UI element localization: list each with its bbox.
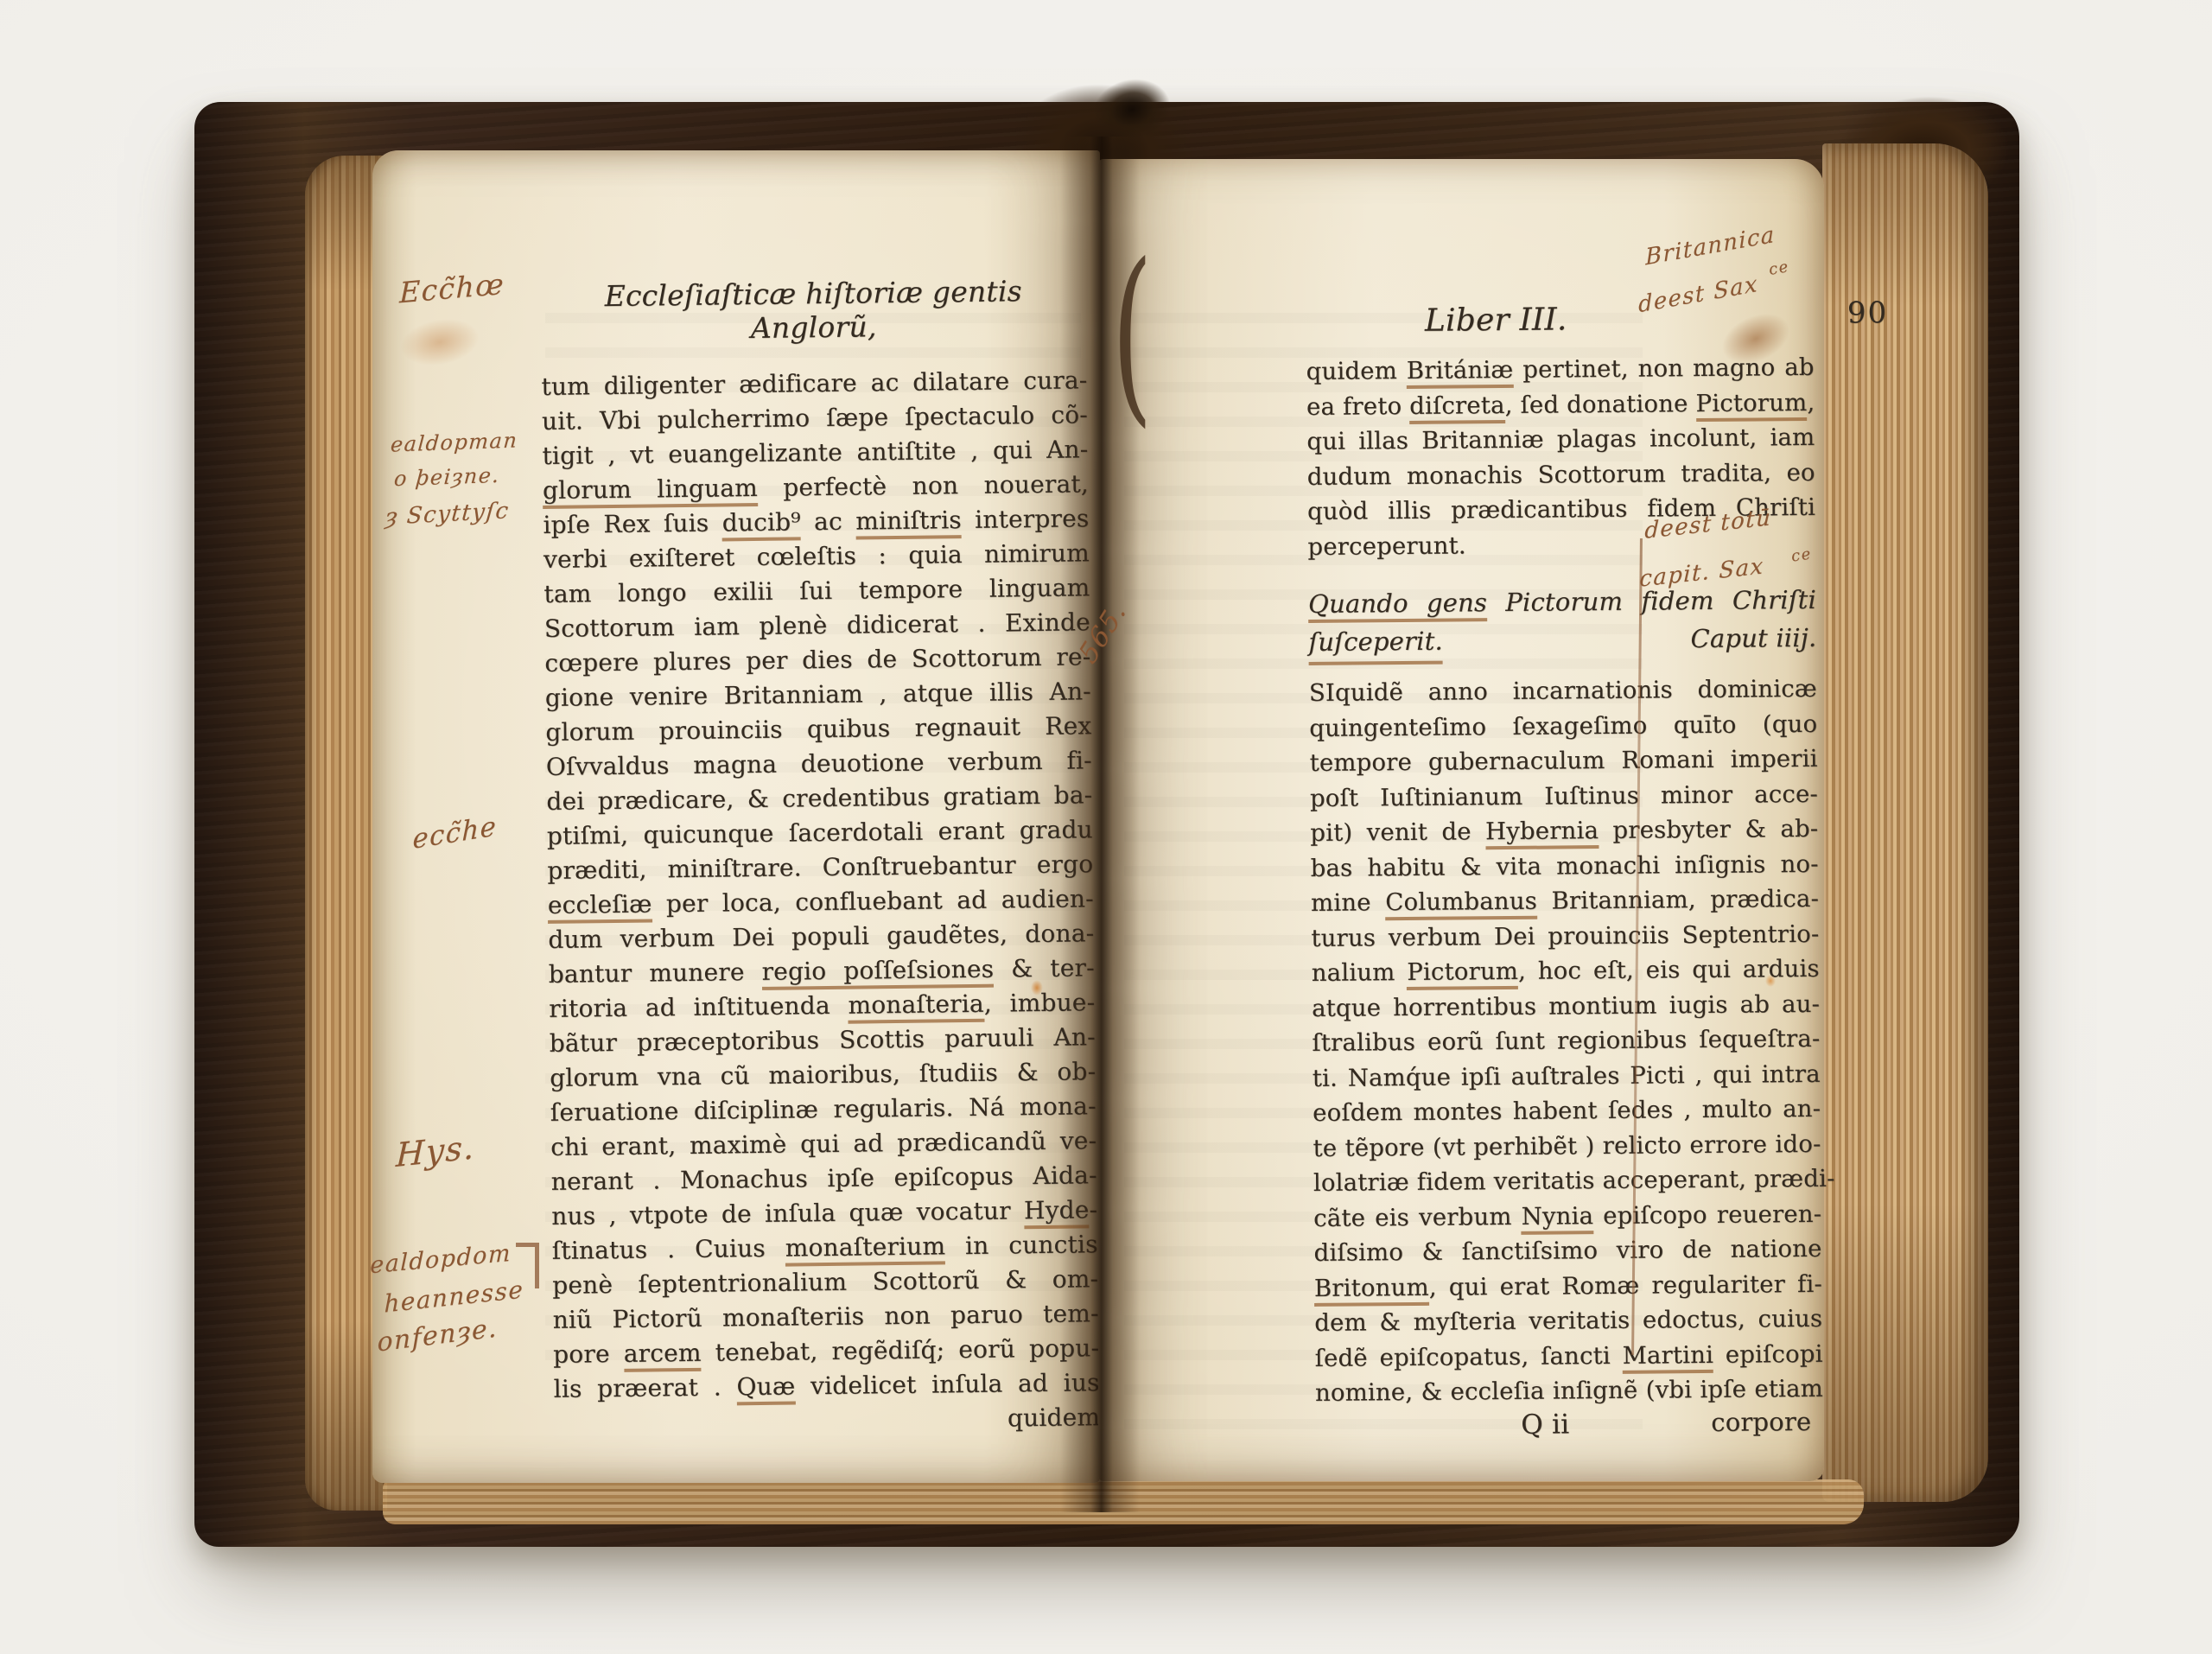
annotation-ealdopman: ealdopman: [390, 428, 518, 456]
book: Eccleſiaſticæ hiſtoriæ gentis Anglorũ, t…: [194, 102, 2019, 1547]
chapter-heading: Quando gens Pictorum fidem Chriſti ſuſce…: [1308, 581, 1817, 665]
body-text-right-lower: SIquidẽ anno incarnationis dominicæquing…: [1309, 671, 1823, 1411]
photo-backdrop: Eccleſiaſticæ hiſtoriæ gentis Anglorũ, t…: [0, 0, 2212, 1654]
catchword-right: corpore: [1711, 1406, 1811, 1436]
signature-row: Q ii corpore: [1315, 1406, 1823, 1448]
body-text-left: tum diligenter ædificare ac dilatare cur…: [541, 363, 1100, 1441]
annotation-o-theigne: o þeiȝne.: [393, 463, 501, 491]
chapter-heading-line2: ſuſceperit. Caput iiij.: [1308, 619, 1816, 665]
speck-right-page: [1765, 975, 1776, 987]
ink-paren-mark: (: [1112, 239, 1154, 429]
left-page-text-block: Eccleſiaſticæ hiſtoriæ gentis Anglorũ, t…: [540, 273, 1100, 1441]
right-fore-edge: [1822, 143, 1988, 1502]
ink-bracket-mark: [516, 1243, 539, 1288]
chapter-heading-line1: Quando gens Pictorum fidem Chriſti: [1308, 581, 1816, 623]
signature-mark: Q ii: [1521, 1409, 1569, 1440]
running-head-right: Liber III.: [1306, 301, 1686, 340]
speck-left-page: [1031, 980, 1043, 996]
right-page-text-block: Liber III. 90 quidem Britániæ pertinet, …: [1306, 300, 1824, 1449]
chapter-heading-caput: Caput iiij.: [1690, 619, 1816, 662]
folio-number: 90: [1847, 296, 1889, 330]
right-page: Liber III. 90 quidem Britániæ pertinet, …: [1098, 159, 1824, 1481]
running-head-left: Eccleſiaſticæ hiſtoriæ gentis Anglorũ,: [540, 273, 1087, 347]
annotation-britannica-sup: ce: [1767, 258, 1790, 279]
annotation-capit-sax-sup: ce: [1790, 544, 1813, 565]
chapter-heading-suscipit: ſuſceperit.: [1308, 622, 1443, 665]
